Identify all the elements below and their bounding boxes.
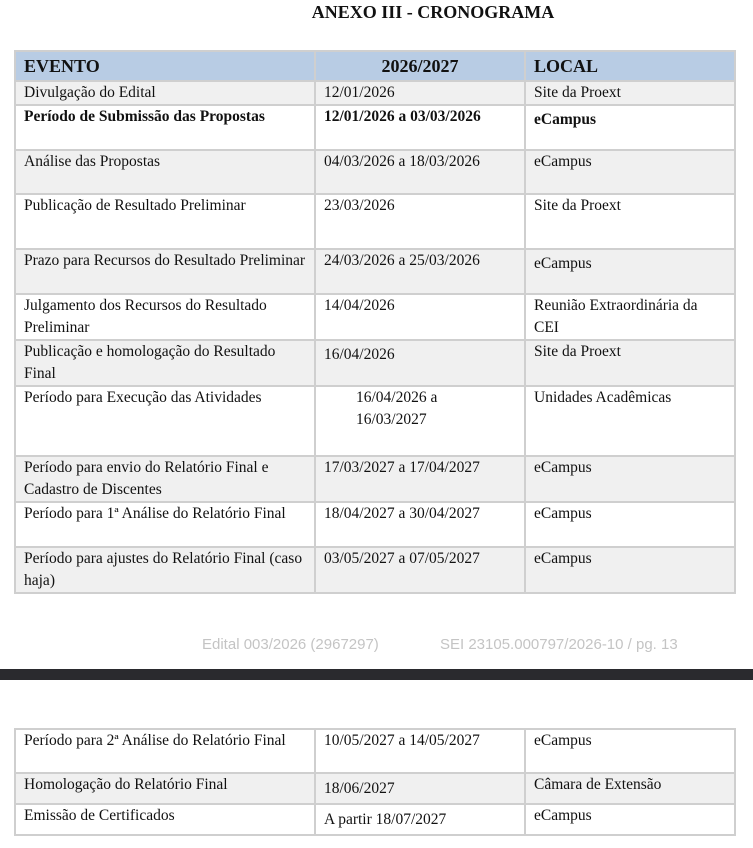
location-cell: eCampus (525, 502, 735, 547)
event-cell: Divulgação do Edital (15, 81, 315, 105)
table-row: Julgamento dos Recursos do Resultado Pre… (15, 294, 735, 340)
event-cell: Período para 2ª Análise do Relatório Fin… (15, 729, 315, 773)
location-cell: Reunião Extraordinária da CEI (525, 294, 735, 340)
date-cell: 04/03/2026 a 18/03/2026 (315, 150, 525, 194)
date-cell: A partir 18/07/2027 (315, 804, 525, 835)
location-cell: eCampus (525, 456, 735, 502)
location-cell: eCampus (525, 150, 735, 194)
date-cell: 18/06/2027 (315, 773, 525, 804)
table-row: Período de Submissão das Propostas 12/01… (15, 105, 735, 150)
table-row: Período para 2ª Análise do Relatório Fin… (15, 729, 735, 773)
date-cell: 14/04/2026 (315, 294, 525, 340)
event-cell: Publicação de Resultado Preliminar (15, 194, 315, 249)
event-cell: Emissão de Certificados (15, 804, 315, 835)
page-break-separator (0, 669, 753, 680)
location-cell: eCampus (525, 729, 735, 773)
location-cell: Site da Proext (525, 194, 735, 249)
date-cell: 18/04/2027 a 30/04/2027 (315, 502, 525, 547)
date-cell: 12/01/2026 (315, 81, 525, 105)
column-header-evento: EVENTO (15, 51, 315, 81)
event-cell: Prazo para Recursos do Resultado Prelimi… (15, 249, 315, 294)
event-cell: Período para 1ª Análise do Relatório Fin… (15, 502, 315, 547)
location-cell: Site da Proext (525, 340, 735, 386)
date-cell: 16/04/2026 (315, 340, 525, 386)
table-row: Publicação de Resultado Preliminar 23/03… (15, 194, 735, 249)
event-cell: Período para ajustes do Relatório Final … (15, 547, 315, 593)
event-cell: Publicação e homologação do Resultado Fi… (15, 340, 315, 386)
date-cell: 17/03/2027 a 17/04/2027 (315, 456, 525, 502)
table-row: Homologação do Relatório Final 18/06/202… (15, 773, 735, 804)
table-row: Prazo para Recursos do Resultado Prelimi… (15, 249, 735, 294)
table-row: Divulgação do Edital 12/01/2026 Site da … (15, 81, 735, 105)
footer-sei-ref: SEI 23105.000797/2026-10 / pg. 13 (440, 636, 678, 653)
table-row: Emissão de Certificados A partir 18/07/2… (15, 804, 735, 835)
date-cell: 23/03/2026 (315, 194, 525, 249)
location-cell: eCampus (525, 804, 735, 835)
table-header-row: EVENTO 2026/2027 LOCAL (15, 51, 735, 81)
event-cell: Período de Submissão das Propostas (15, 105, 315, 150)
location-cell: Unidades Acadêmicas (525, 386, 735, 456)
location-cell: eCampus (525, 547, 735, 593)
date-cell: 12/01/2026 a 03/03/2026 (315, 105, 525, 150)
table-row: Período para ajustes do Relatório Final … (15, 547, 735, 593)
date-cell: 16/04/2026 a 16/03/2027 (315, 386, 525, 456)
footer-document-ref: Edital 003/2026 (2967297) (202, 636, 379, 653)
page-footer: Edital 003/2026 (2967297) SEI 23105.0007… (0, 636, 753, 658)
table-row: Período para Execução das Atividades 16/… (15, 386, 735, 456)
table-row: Período para envio do Relatório Final e … (15, 456, 735, 502)
date-cell: 03/05/2027 a 07/05/2027 (315, 547, 525, 593)
location-cell: Site da Proext (525, 81, 735, 105)
location-cell: eCampus (525, 249, 735, 294)
event-cell: Análise das Propostas (15, 150, 315, 194)
location-cell: eCampus (525, 105, 735, 150)
location-cell: Câmara de Extensão (525, 773, 735, 804)
table-row: Período para 1ª Análise do Relatório Fin… (15, 502, 735, 547)
event-cell: Período para envio do Relatório Final e … (15, 456, 315, 502)
table-row: Publicação e homologação do Resultado Fi… (15, 340, 735, 386)
date-cell: 10/05/2027 a 14/05/2027 (315, 729, 525, 773)
schedule-table: EVENTO 2026/2027 LOCAL Divulgação do Edi… (14, 50, 736, 594)
event-cell: Julgamento dos Recursos do Resultado Pre… (15, 294, 315, 340)
table-row: Análise das Propostas 04/03/2026 a 18/03… (15, 150, 735, 194)
column-header-local: LOCAL (525, 51, 735, 81)
event-cell: Período para Execução das Atividades (15, 386, 315, 456)
schedule-table-continued: Período para 2ª Análise do Relatório Fin… (14, 728, 736, 836)
page-title: ANEXO III - CRONOGRAMA (0, 0, 753, 24)
date-cell: 24/03/2026 a 25/03/2026 (315, 249, 525, 294)
column-header-period: 2026/2027 (315, 51, 525, 81)
event-cell: Homologação do Relatório Final (15, 773, 315, 804)
